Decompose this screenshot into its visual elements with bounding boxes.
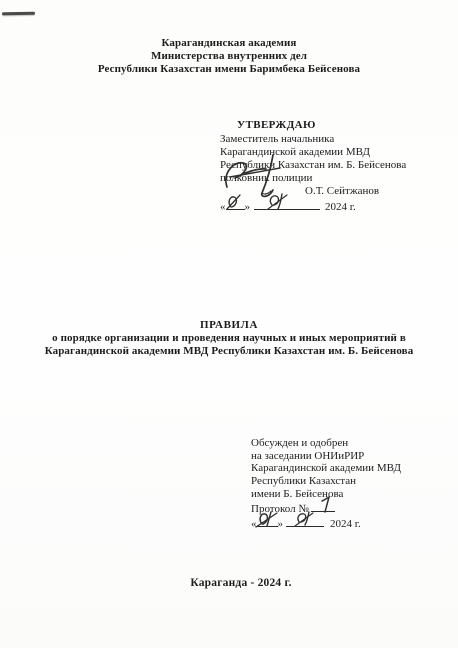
document-footer: Караганда - 2024 г.: [0, 577, 458, 589]
approval-heading: УТВЕРЖДАЮ: [220, 119, 440, 132]
footer-city-year: Караганда - 2024 г.: [190, 577, 291, 589]
approval-date-line: «»2024 г.: [220, 199, 440, 214]
signer-name: О.Т. Сейтжанов: [305, 185, 379, 198]
header-line: Карагандинская академия: [0, 37, 458, 50]
document-header: Карагандинская академия Министерства вну…: [0, 37, 458, 76]
signature-row: О.Т. Сейтжанов: [220, 185, 440, 198]
title-line: о порядке организации и проведения научн…: [0, 332, 458, 345]
date-year: 2024 г.: [325, 201, 356, 213]
handwritten-protocol-number-icon: [319, 495, 333, 514]
handwritten-month-icon: [291, 509, 317, 528]
discussion-line: на заседании ОНИиРИР: [251, 450, 451, 463]
signature-ink-icon: [218, 143, 298, 201]
discussion-line: Обсужден и одобрен: [251, 437, 451, 450]
discussion-line: Карагандинской академии МВД: [251, 462, 451, 475]
scan-artifact-dash: [2, 12, 35, 15]
quote-close: »: [245, 201, 251, 213]
discussion-line: имени Б. Бейсенова: [251, 488, 451, 501]
title-line: Карагандинской академии МВД Республики К…: [0, 345, 458, 358]
scanned-document-page: Карагандинская академия Министерства вну…: [0, 0, 458, 648]
header-line: Республики Казахстан имени Баримбека Бей…: [0, 63, 458, 76]
date-year: 2024 г.: [330, 518, 361, 530]
document-title-block: ПРАВИЛА о порядке организации и проведен…: [0, 319, 458, 358]
approval-block: УТВЕРЖДАЮ Заместитель начальника Караган…: [220, 119, 440, 214]
protocol-line: Протокол №: [251, 501, 451, 516]
discussion-line: Республики Казахстан: [251, 475, 451, 488]
title-heading: ПРАВИЛА: [0, 319, 458, 332]
header-line: Министерства внутренних дел: [0, 50, 458, 63]
discussion-approval-block: Обсужден и одобрен на заседании ОНИиРИР …: [251, 437, 451, 531]
handwritten-day-icon: [254, 509, 280, 529]
discussion-date-line: «»2024 г.: [251, 516, 451, 531]
